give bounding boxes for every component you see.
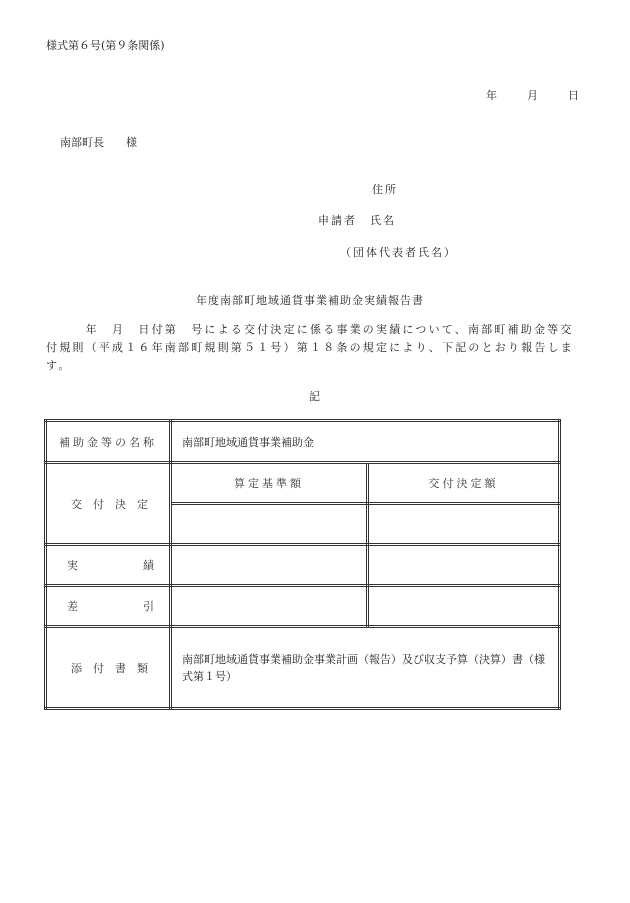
document-body: 年 月 日付第 号による交付決定に係る事業の実績について、南部町補助金等交付規則… (46, 321, 580, 375)
document-title: 年度南部町地域通貨事業補助金実績報告書 (196, 292, 424, 308)
addressee: 南部町長 様 (60, 134, 137, 150)
difference-calc-base-input[interactable] (171, 586, 368, 627)
form-number: 様式第６号(第９条関係) (46, 37, 165, 53)
table-row-decision-header: 交 付 決 定 算定基準額 交付決定額 (46, 463, 560, 504)
table-row-result: 実績 (46, 545, 560, 586)
name-value-cell: 南部町地域通貨事業補助金 (171, 421, 560, 463)
decision-label-cell: 交 付 決 定 (46, 463, 171, 545)
date-month-label: 月 (527, 87, 538, 103)
date-day-label: 日 (568, 87, 579, 103)
record-table: 補助金等の名称 南部町地域通貨事業補助金 交 付 決 定 算定基準額 交付決定額… (44, 419, 561, 710)
representative-name-label: （団体代表者氏名） (340, 244, 457, 260)
attachment-label-cell: 添 付 書 類 (46, 627, 171, 709)
table-row-name: 補助金等の名称 南部町地域通貨事業補助金 (46, 421, 560, 463)
decision-amount-input[interactable] (368, 504, 560, 545)
difference-label-cell: 差引 (46, 586, 171, 627)
decision-calc-base-input[interactable] (171, 504, 368, 545)
address-label: 住所 (372, 181, 398, 197)
table-row-attachments: 添 付 書 類 南部町地域通貨事業補助金事業計画（報告）及び収支予算（決算）書（… (46, 627, 560, 709)
difference-amount-input[interactable] (368, 586, 560, 627)
ki-heading: 記 (309, 388, 320, 404)
date-year-label: 年 (486, 87, 497, 103)
applicant-name-label: 申請者 氏名 (318, 212, 396, 228)
date-line: 年月日 (486, 87, 579, 103)
table-row-difference: 差引 (46, 586, 560, 627)
attachment-value-cell: 南部町地域通貨事業補助金事業計画（報告）及び収支予算（決算）書（様式第１号） (171, 627, 560, 709)
header-decision-amount: 交付決定額 (368, 463, 560, 504)
name-label-cell: 補助金等の名称 (46, 421, 171, 463)
result-amount-input[interactable] (368, 545, 560, 586)
header-calc-base-amount: 算定基準額 (171, 463, 368, 504)
result-label-cell: 実績 (46, 545, 171, 586)
result-calc-base-input[interactable] (171, 545, 368, 586)
